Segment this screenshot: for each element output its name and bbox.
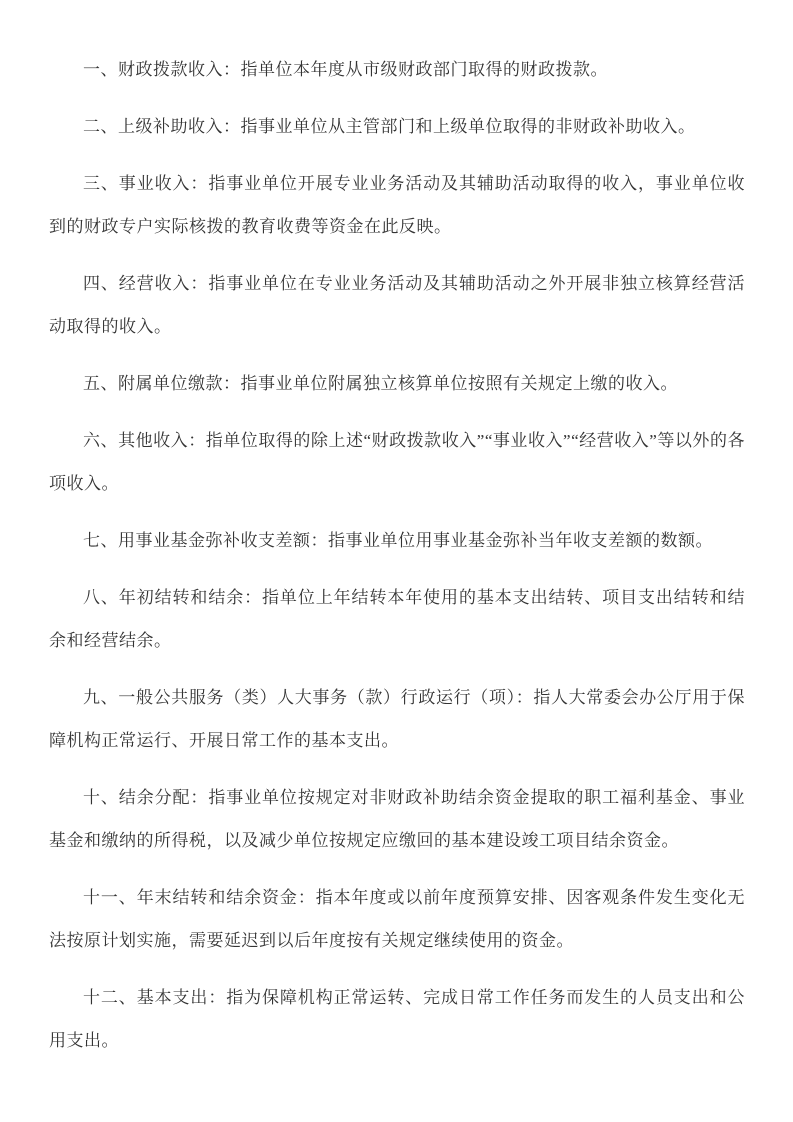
paragraph: 二、上级补助收入：指事业单位从主管部门和上级单位取得的非财政补助收入。 bbox=[49, 105, 745, 148]
paragraph: 一、财政拨款收入：指单位本年度从市级财政部门取得的财政拨款。 bbox=[49, 48, 745, 91]
paragraph: 十一、年末结转和结余资金：指本年度或以前年度预算安排、因客观条件发生变化无法按原… bbox=[49, 876, 745, 962]
paragraph: 十、结余分配：指事业单位按规定对非财政补助结余资金提取的职工福利基金、事业基金和… bbox=[49, 776, 745, 862]
paragraph: 八、年初结转和结余：指单位上年结转本年使用的基本支出结转、项目支出结转和结余和经… bbox=[49, 576, 745, 662]
paragraph: 六、其他收入：指单位取得的除上述“财政拨款收入”“事业收入”“经营收入”等以外的… bbox=[49, 419, 745, 505]
paragraph: 五、附属单位缴款：指事业单位附属独立核算单位按照有关规定上缴的收入。 bbox=[49, 362, 745, 405]
document-page: 一、财政拨款收入：指单位本年度从市级财政部门取得的财政拨款。二、上级补助收入：指… bbox=[0, 0, 793, 1122]
paragraph: 三、事业收入：指事业单位开展专业业务活动及其辅助活动取得的收入，事业单位收到的财… bbox=[49, 162, 745, 248]
paragraph: 七、用事业基金弥补收支差额：指事业单位用事业基金弥补当年收支差额的数额。 bbox=[49, 519, 745, 562]
paragraph: 十二、基本支出：指为保障机构正常运转、完成日常工作任务而发生的人员支出和公用支出… bbox=[49, 976, 745, 1062]
paragraph: 四、经营收入：指事业单位在专业业务活动及其辅助活动之外开展非独立核算经营活动取得… bbox=[49, 262, 745, 348]
paragraph: 九、一般公共服务（类）人大事务（款）行政运行（项）：指人大常委会办公厅用于保障机… bbox=[49, 676, 745, 762]
document-body: 一、财政拨款收入：指单位本年度从市级财政部门取得的财政拨款。二、上级补助收入：指… bbox=[49, 48, 745, 1062]
